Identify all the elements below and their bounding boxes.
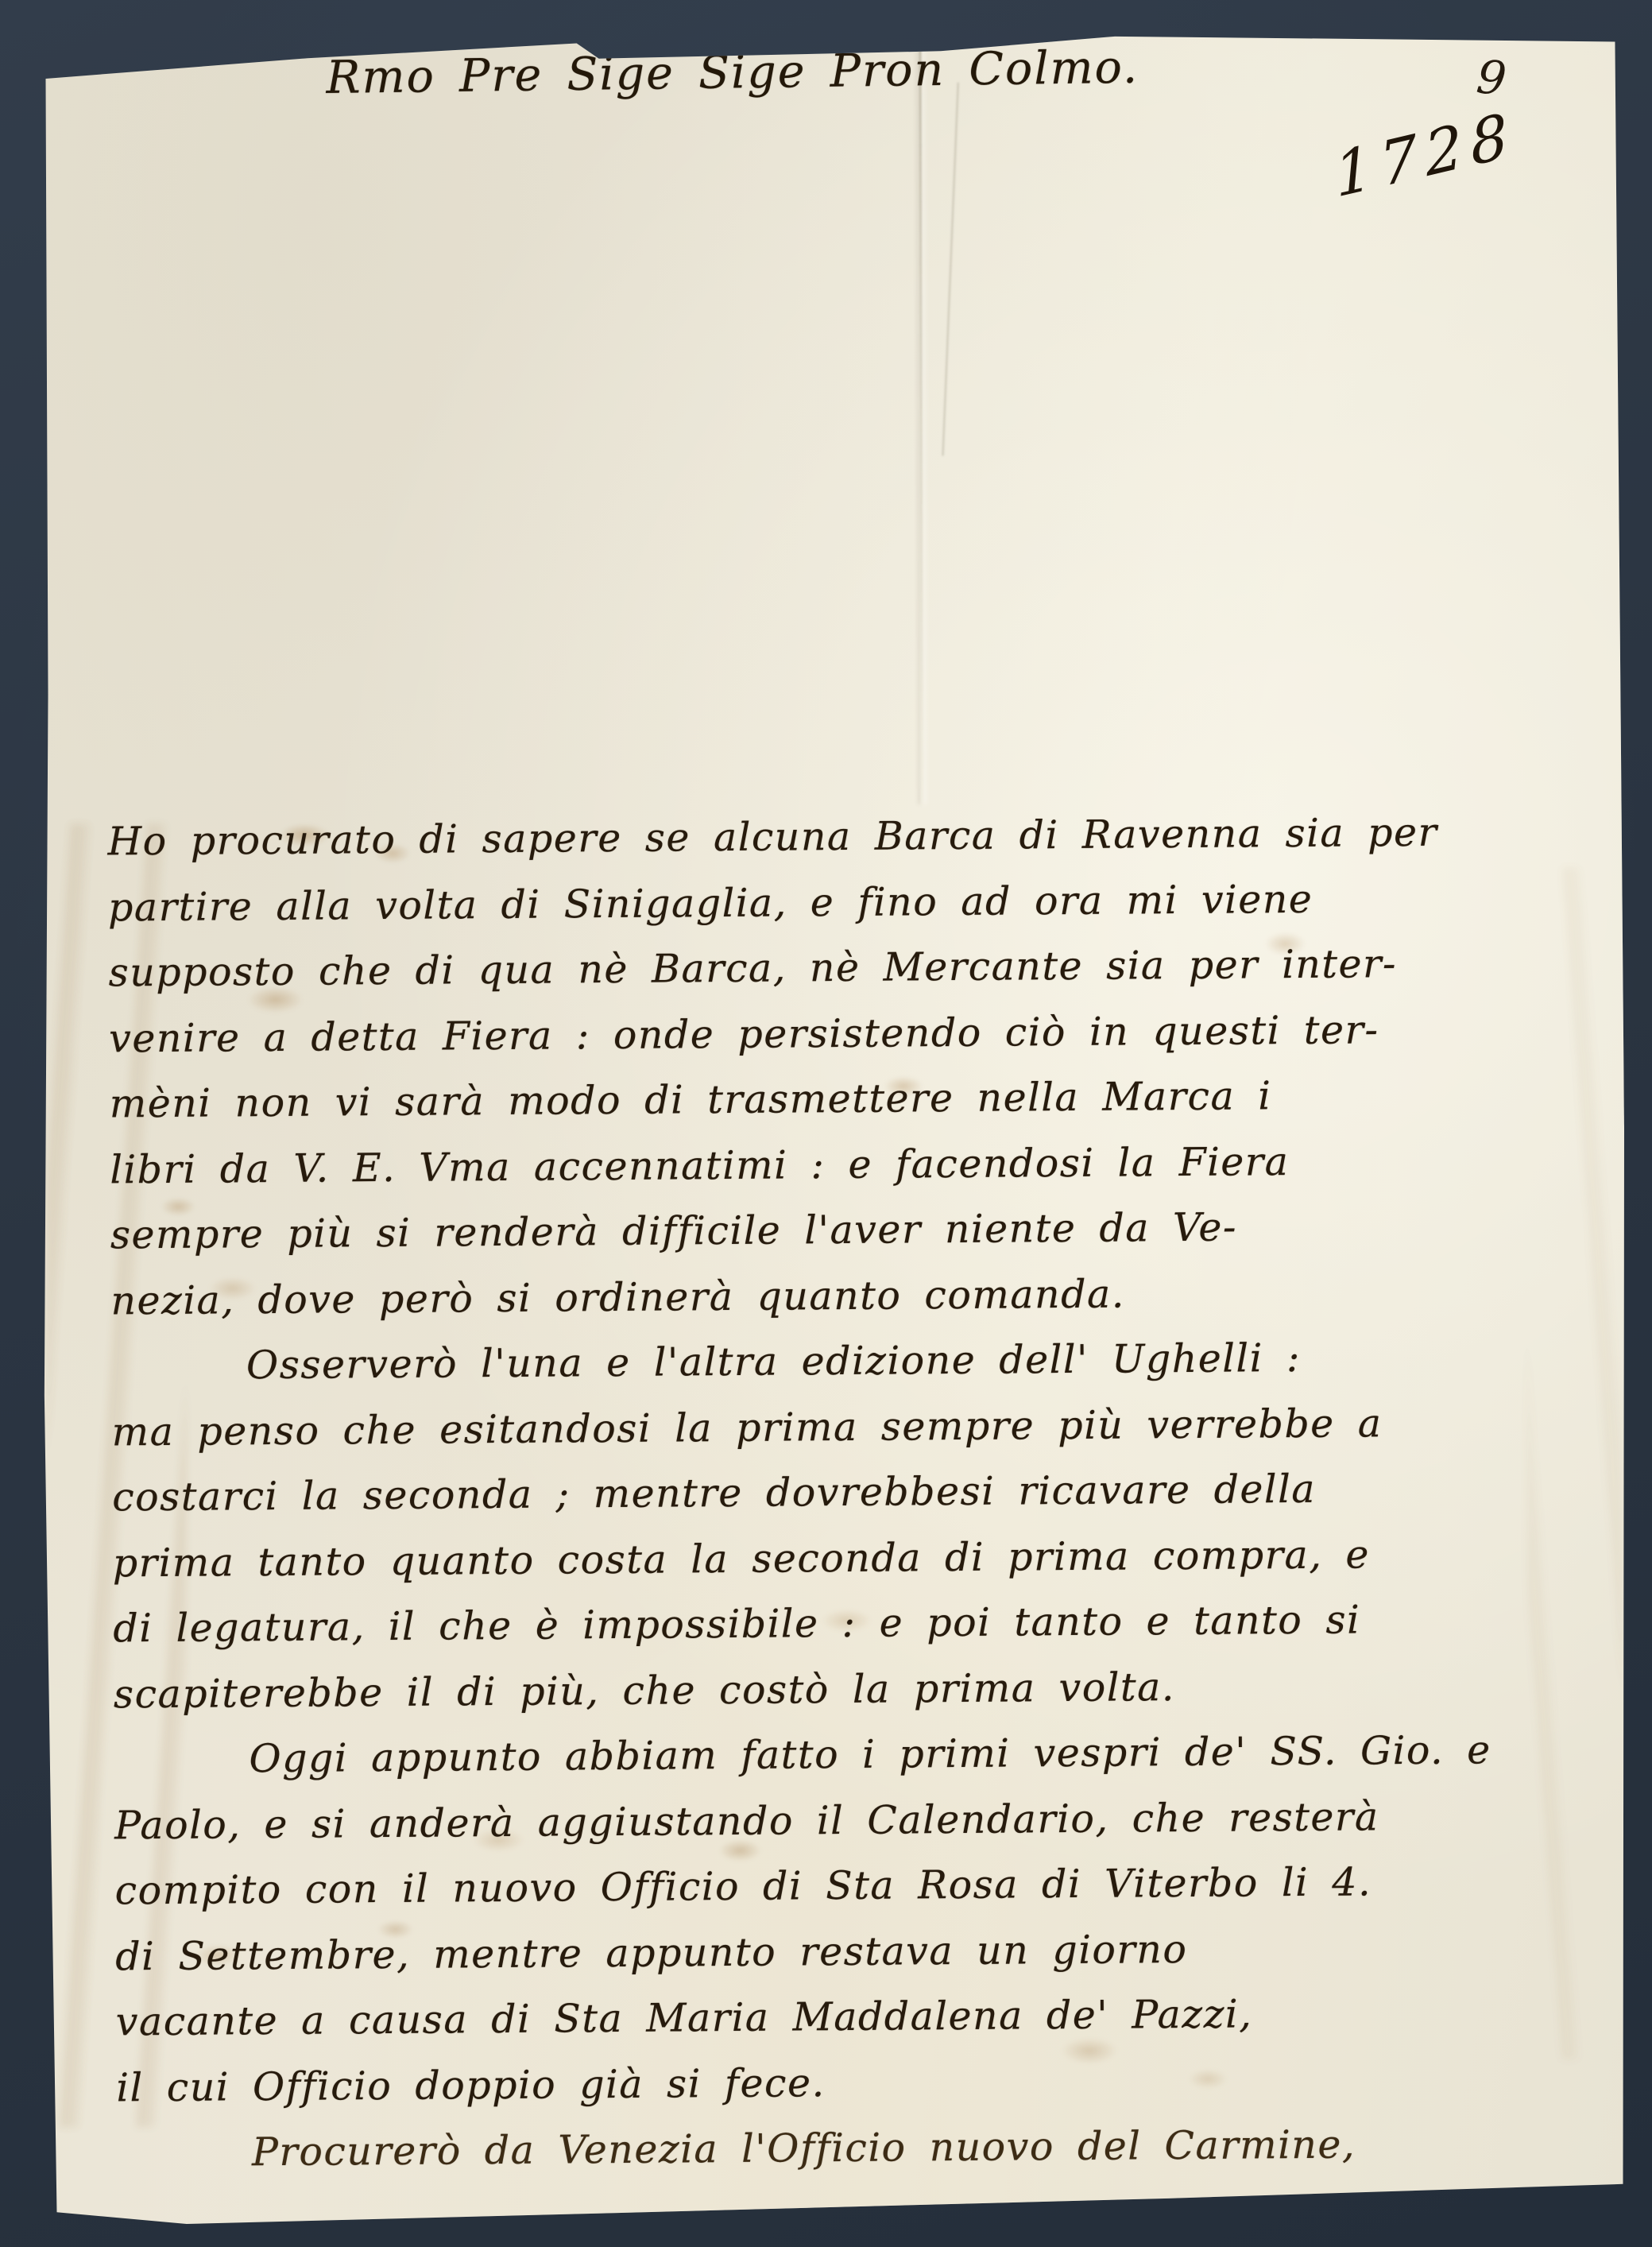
letter-line: supposto che di qua nè Barca, nè Mercant… — [108, 931, 1579, 1006]
letter-line: sempre più si renderà difficile l'aver n… — [110, 1193, 1581, 1269]
letter-line: venire a detta Fiera : onde persistendo … — [109, 996, 1580, 1071]
letter-line: Ho procurato di sapere se alcuna Barca d… — [107, 800, 1578, 875]
letter-line: compito con il nuovo Officio di Sta Rosa… — [114, 1848, 1585, 1924]
letter-line: prima tanto quanto costa la seconda di p… — [113, 1521, 1584, 1596]
letter-line: nezia, dove però si ordinerà quanto coma… — [110, 1258, 1581, 1334]
letter-line: partire alla volta di Sinigaglia, e fino… — [108, 865, 1579, 940]
letter-line: Oggi appunto abbiam fatto i primi vespri… — [114, 1717, 1584, 1792]
letter-line: ma penso che esitandosi la prima sempre … — [111, 1389, 1582, 1465]
letter-line: di Settembre, mentre appunto restava un … — [115, 1914, 1586, 1989]
letter-line: Osserverò l'una e l'altra edizione dell'… — [111, 1324, 1582, 1400]
scan-background: Rmo Pre Sige Sige Pron Colmo. 9 1728 Ho … — [0, 0, 1652, 2247]
letter-line: Procurerò da Venezia l'Officio nuovo del… — [117, 2110, 1588, 2186]
letter-page: Rmo Pre Sige Sige Pron Colmo. 9 1728 Ho … — [38, 33, 1627, 2227]
letter-line: di legatura, il che è impossibile : e po… — [113, 1586, 1584, 1661]
letter-line: vacante a causa di Sta Maria Maddalena d… — [116, 1979, 1587, 2055]
paragraph: Ho procurato di sapere se alcuna Barca d… — [107, 800, 1581, 1335]
letter-body: Ho procurato di sapere se alcuna Barca d… — [107, 800, 1587, 2187]
letter-line: costarci la seconda ; mentre dovrebbesi … — [112, 1455, 1583, 1530]
folio-number: 9 — [1474, 49, 1509, 106]
letter-line: scapiterebbe il di più, che costò la pri… — [114, 1652, 1584, 1727]
paragraph: Procurerò da Venezia l'Officio nuovo del… — [117, 2110, 1588, 2186]
salutation-line: Rmo Pre Sige Sige Pron Colmo. — [326, 41, 1139, 104]
letter-line: libri da V. E. Vma accennatimi : e facen… — [110, 1127, 1580, 1203]
letter-line: il cui Officio doppio già si fece. — [116, 2045, 1587, 2121]
paragraph: Osserverò l'una e l'altra edizione dell'… — [111, 1324, 1584, 1728]
paragraph: Oggi appunto abbiam fatto i primi vespri… — [114, 1717, 1586, 2121]
letter-line: Paolo, e si anderà aggiustando il Calend… — [114, 1783, 1585, 1858]
letter-line: mèni non vi sarà modo di trasmettere nel… — [109, 1062, 1580, 1137]
